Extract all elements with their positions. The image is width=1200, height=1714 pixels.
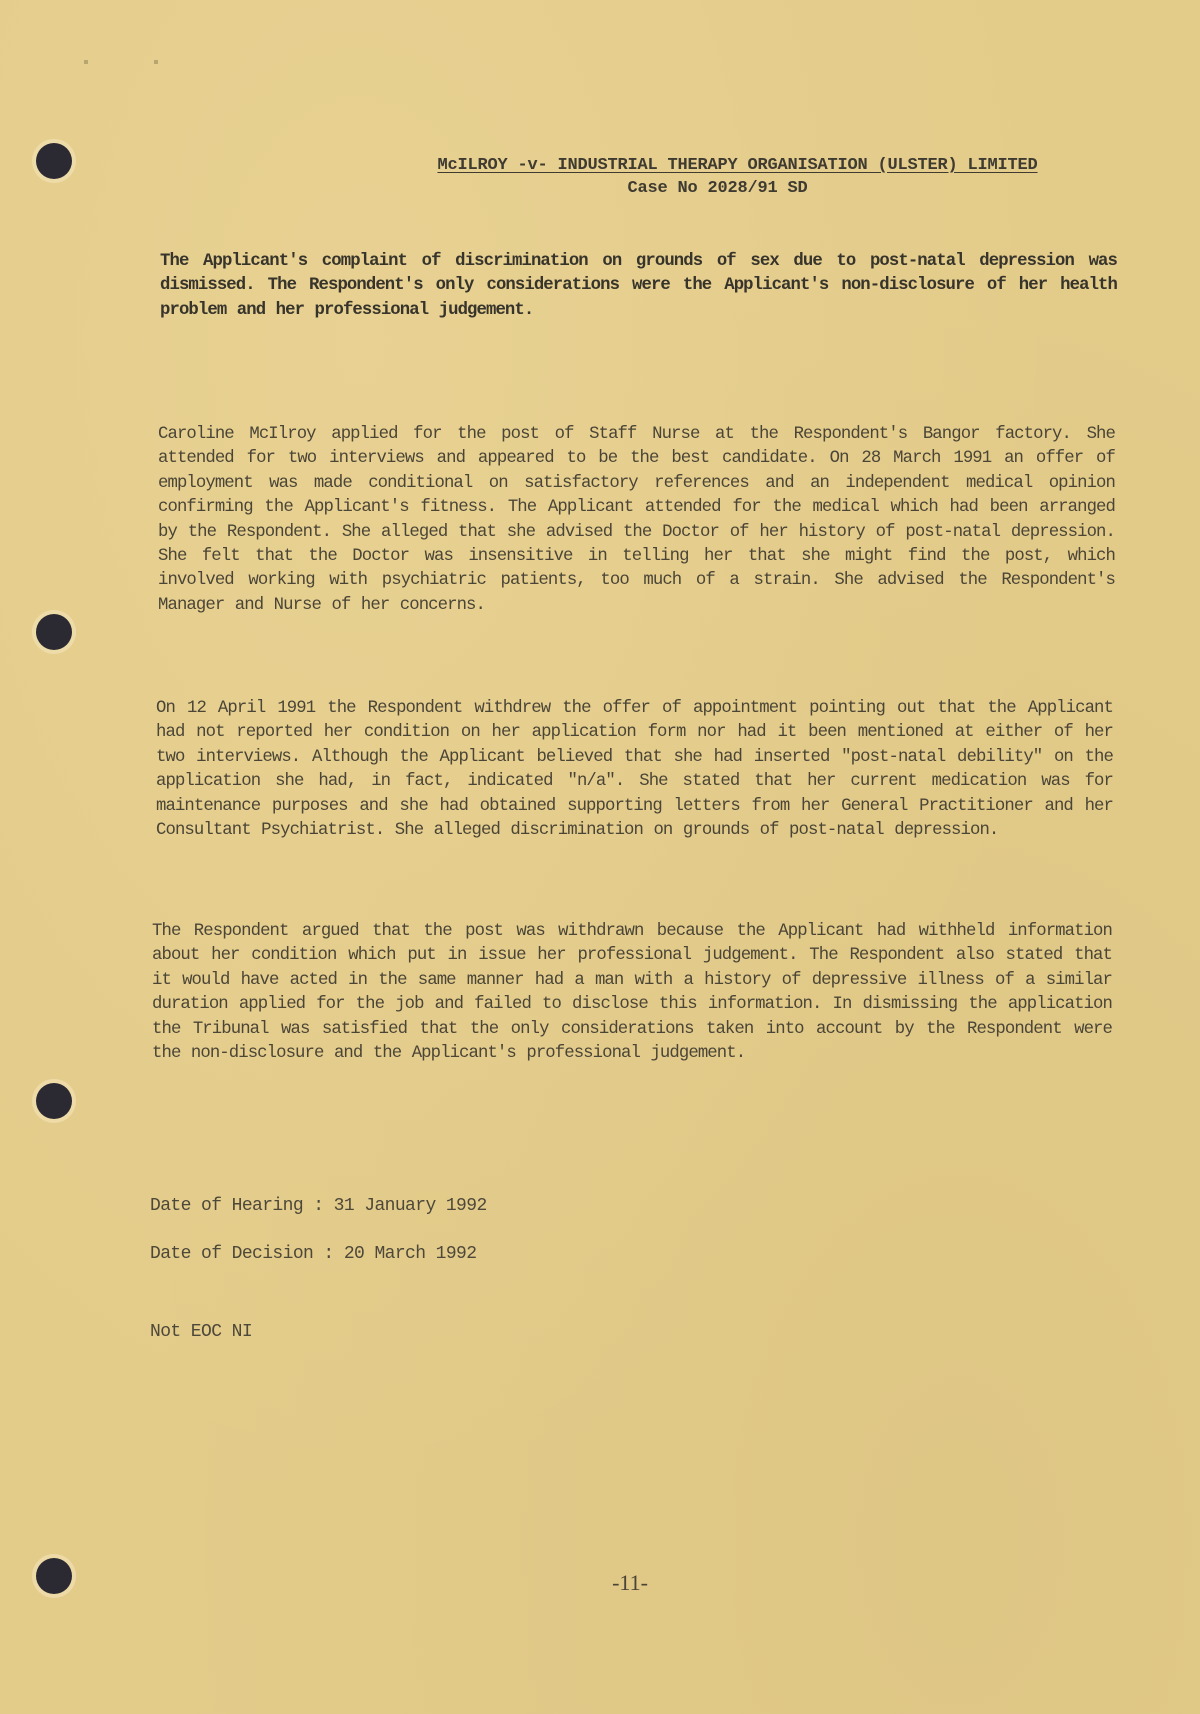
body-paragraph-3: The Respondent argued that the post was … <box>152 920 1112 1066</box>
body-paragraph-1: Caroline McIlroy applied for the post of… <box>158 423 1115 618</box>
paper-speck <box>84 60 88 64</box>
paper-speck <box>154 60 158 64</box>
case-number: Case No 2028/91 SD <box>285 177 1150 200</box>
scanned-page: McILROY -v- INDUSTRIAL THERAPY ORGANISAT… <box>0 0 1200 1714</box>
case-summary: The Applicant's complaint of discriminat… <box>160 250 1117 323</box>
body-paragraph-2: On 12 April 1991 the Respondent withdrew… <box>156 697 1113 843</box>
eoc-note: Not EOC NI <box>150 1320 252 1344</box>
date-of-hearing: Date of Hearing : 31 January 1992 <box>150 1194 487 1218</box>
date-of-decision: Date of Decision : 20 March 1992 <box>150 1242 476 1266</box>
hole-punch-upper-middle <box>36 614 72 650</box>
case-title: McILROY -v- INDUSTRIAL THERAPY ORGANISAT… <box>437 154 1037 177</box>
hole-punch-bottom <box>36 1558 72 1594</box>
hole-punch-top <box>36 143 72 179</box>
page-number: -11- <box>560 1570 700 1596</box>
document-header: McILROY -v- INDUSTRIAL THERAPY ORGANISAT… <box>150 154 1150 200</box>
hole-punch-lower-middle <box>36 1083 72 1119</box>
